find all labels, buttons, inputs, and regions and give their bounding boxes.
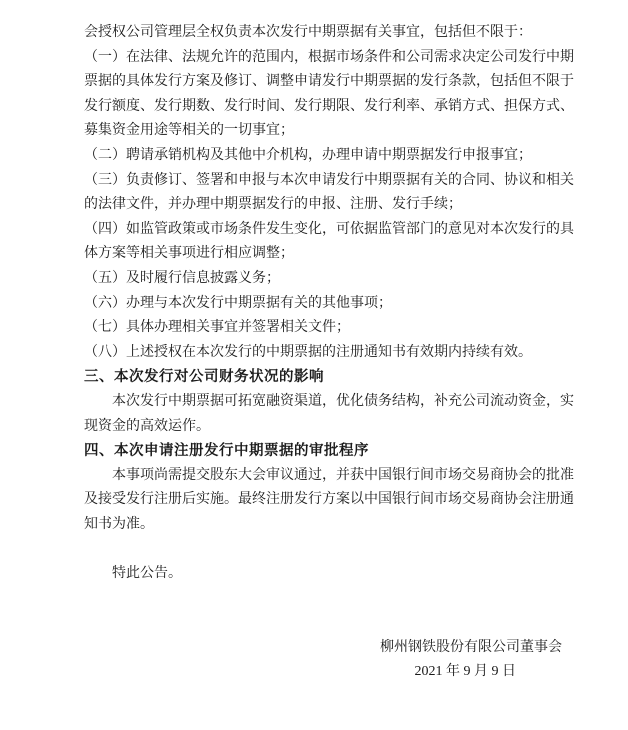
body-line: （四）如监管政策或市场条件发生变化，可依据监管部门的意见对本次发行的具 [84,218,576,243]
body-line: 的法律文件，并办理中期票据发行的申报、注册、发行手续； [84,193,576,218]
body-line: （五）及时履行信息披露义务； [84,267,576,292]
body-line: 发行额度、发行期数、发行时间、发行期限、发行利率、承销方式、担保方式、 [84,95,576,120]
body-line: 会授权公司管理层全权负责本次发行中期票据有关事宜，包括但不限于： [84,21,576,46]
body-line: 及接受发行注册后实施。最终注册发行方案以中国银行间市场交易商协会注册通 [84,488,576,513]
blank-line [84,537,576,562]
body-line: 体方案等相关事项进行相应调整； [84,242,576,267]
body-line: （八）上述授权在本次发行的中期票据的注册通知书有效期内持续有效。 [84,341,576,366]
document-page: 会授权公司管理层全权负责本次发行中期票据有关事宜，包括但不限于：（一）在法律、法… [0,0,628,730]
announcement-body: 会授权公司管理层全权负责本次发行中期票据有关事宜，包括但不限于：（一）在法律、法… [84,21,576,685]
body-line: （七）具体办理相关事宜并签署相关文件； [84,316,576,341]
body-line: （三）负责修订、签署和申报与本次申请发行中期票据有关的合同、协议和相关 [84,169,576,194]
signature-line: 柳州钢铁股份有限公司董事会 [84,636,576,661]
body-line: （一）在法律、法规允许的范围内，根据市场条件和公司需求决定公司发行中期 [84,46,576,71]
heading-line: 三、本次发行对公司财务状况的影响 [84,365,576,390]
body-line: （六）办理与本次发行中期票据有关的其他事项； [84,292,576,317]
body-line: （二）聘请承销机构及其他中介机构，办理申请中期票据发行申报事宜； [84,144,576,169]
heading-line: 四、本次申请注册发行中期票据的审批程序 [84,439,576,464]
body-line: 募集资金用途等相关的一切事宜； [84,119,576,144]
body-line: 现资金的高效运作。 [84,415,576,440]
blank-line [84,611,576,636]
indent-line: 特此公告。 [84,562,576,587]
indent-line: 本事项尚需提交股东大会审议通过，并获中国银行间市场交易商协会的批准 [84,464,576,489]
blank-line [84,587,576,612]
body-line: 知书为准。 [84,513,576,538]
body-line: 票据的具体发行方案及修订、调整申请发行中期票据的发行条款，包括但不限于 [84,70,576,95]
date-line: 2021 年 9 月 9 日 [84,660,576,685]
indent-line: 本次发行中期票据可拓宽融资渠道，优化债务结构，补充公司流动资金，实 [84,390,576,415]
